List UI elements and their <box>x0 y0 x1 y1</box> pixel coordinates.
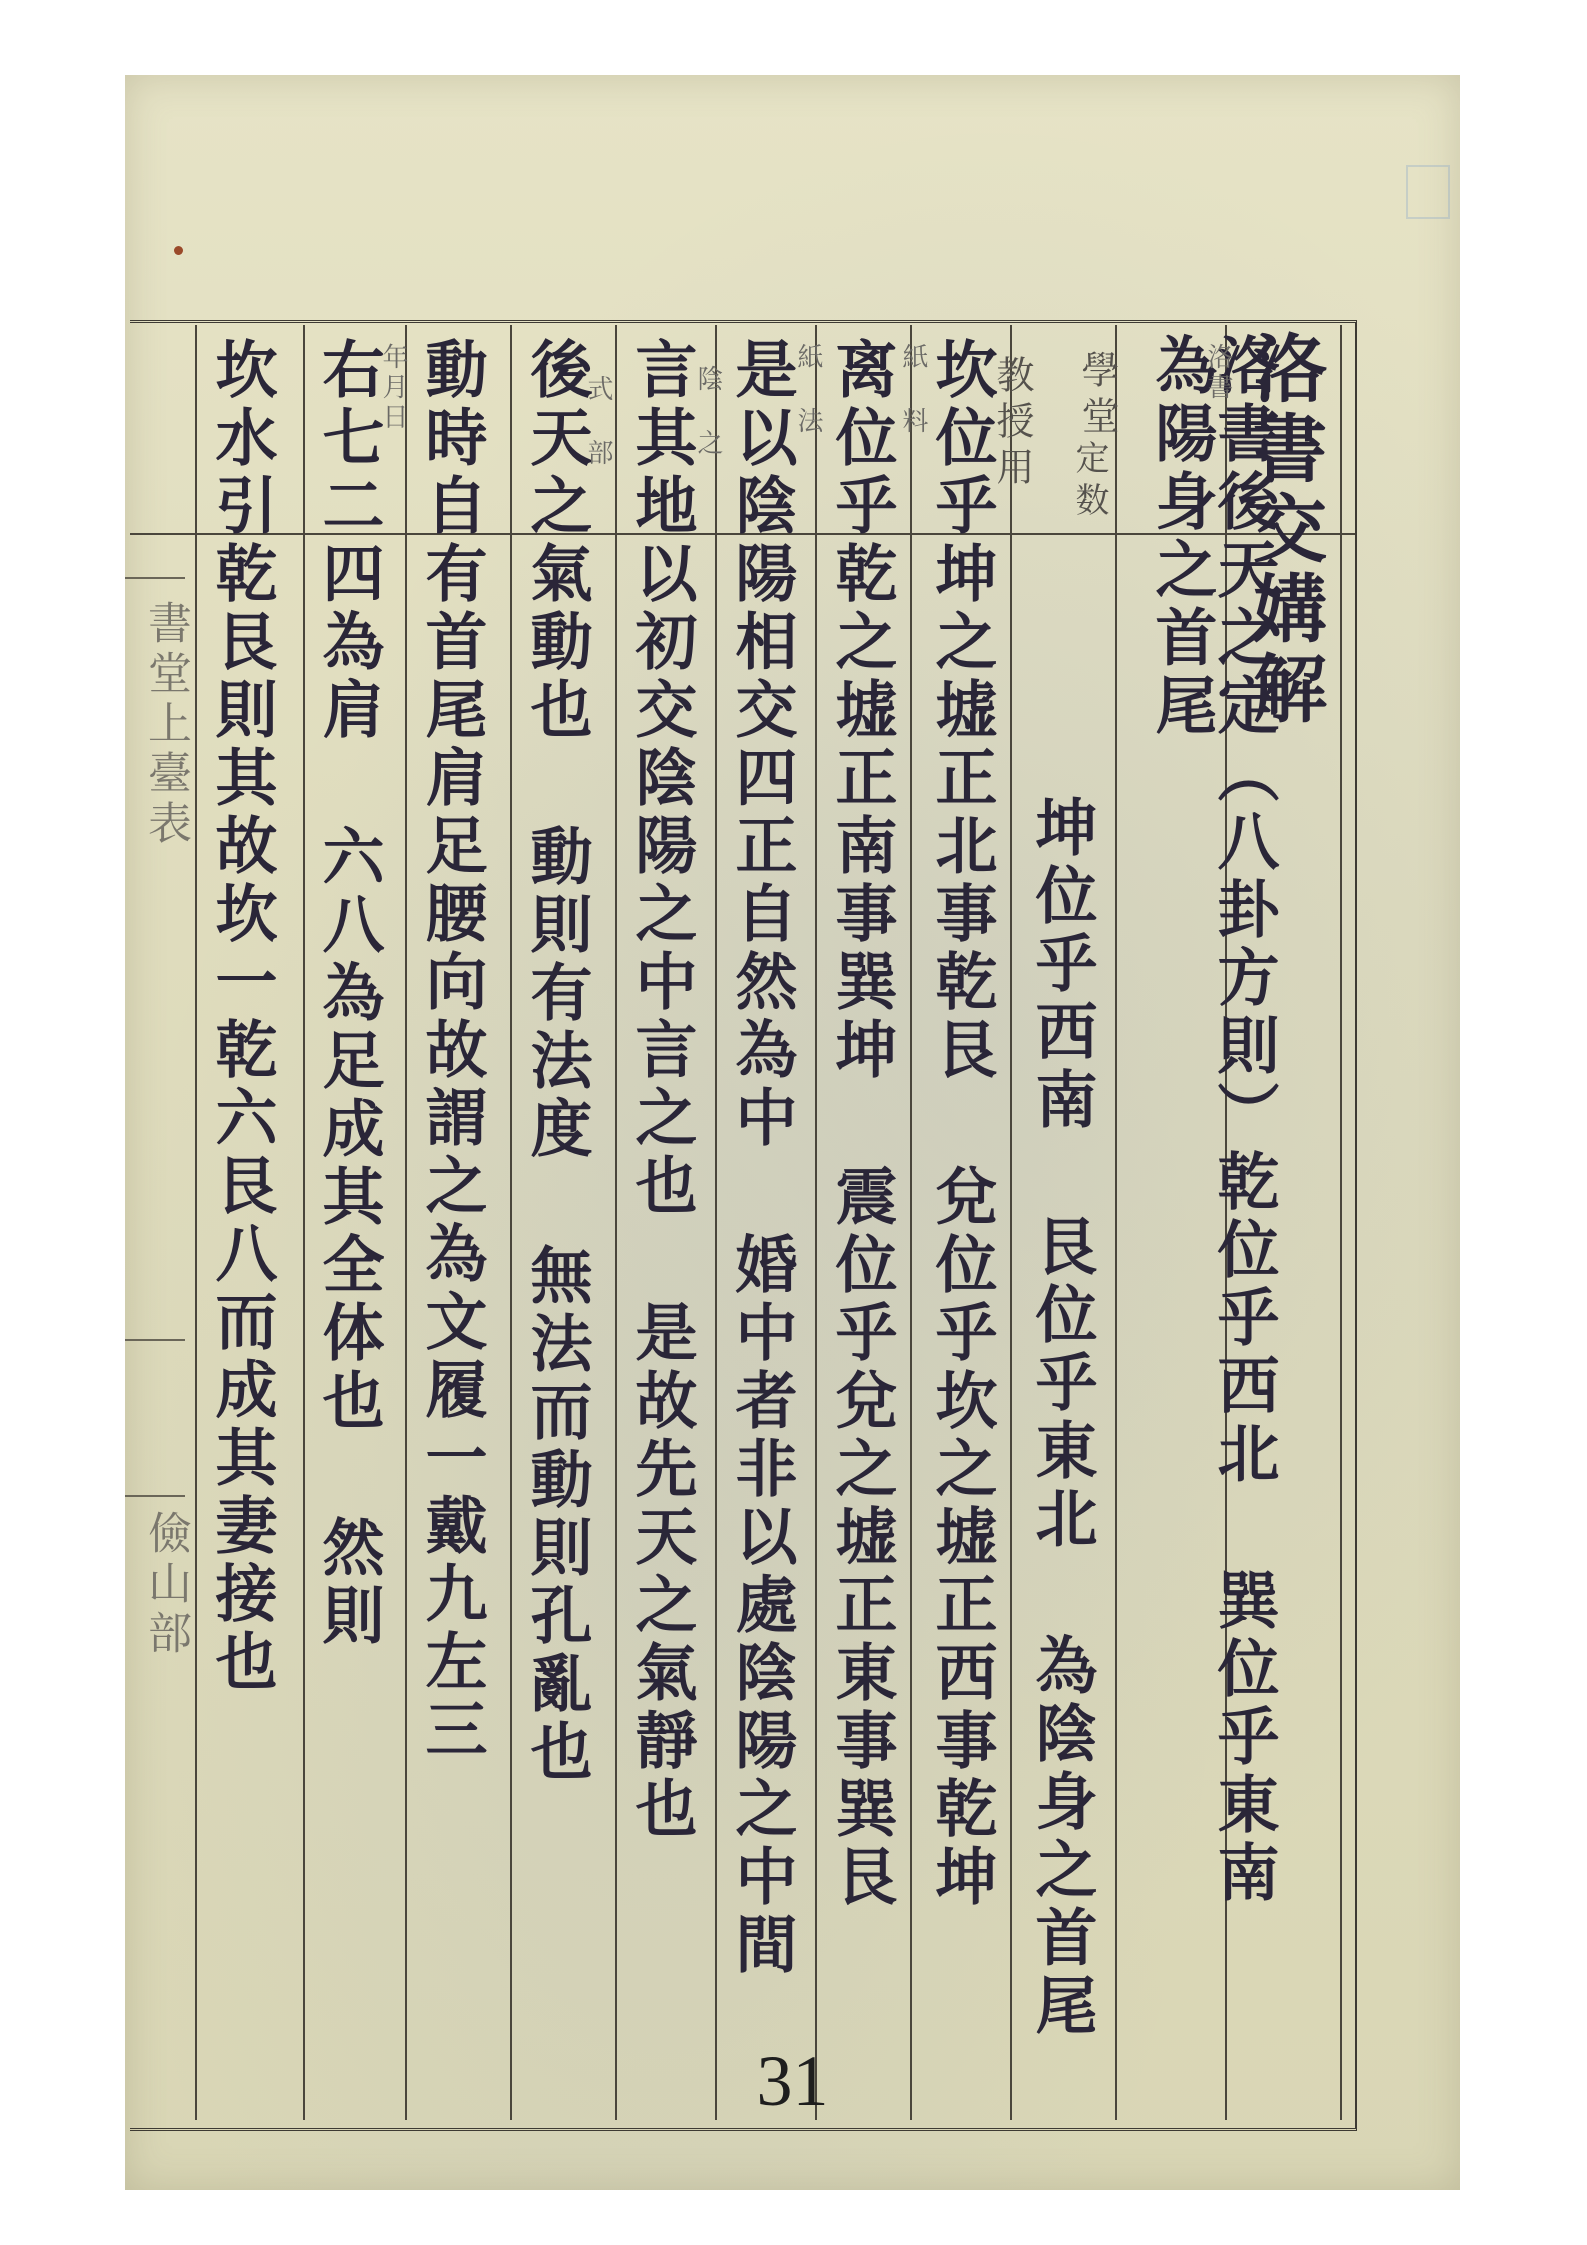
column-rule <box>1340 325 1342 2120</box>
page-number: 31 <box>125 2040 1460 2123</box>
text-column: 坎位乎坤之墟正北事乾艮 兌位乎坎之墟正西事乾坤 <box>930 337 992 2097</box>
gloss-text: 紙 料 <box>895 343 932 437</box>
ink-spot <box>174 246 183 255</box>
header-label-school: 學堂 <box>1070 350 1125 442</box>
text-column: 後天之氣動也 動則有法度 無法而動則孔亂也 <box>525 337 587 1937</box>
corner-stamp-mark <box>1406 165 1450 219</box>
column-rule <box>815 325 817 2120</box>
gloss-text: 年月日 <box>375 343 412 433</box>
margin-seal-lower: 儉山部 <box>133 1510 197 1660</box>
column-rule <box>910 325 912 2120</box>
column-rule <box>510 325 512 2120</box>
column-rule <box>1010 325 1012 2120</box>
column-rule <box>1115 325 1117 2120</box>
gloss-text: 紙 法 <box>790 343 827 437</box>
gloss-text: 洛書 <box>1200 343 1237 403</box>
column-rule <box>195 325 197 2120</box>
gloss-text: 陰 之 <box>690 365 727 459</box>
text-column: 洛書後天之定（八卦方則）乾位乎西北 巽位乎東南 為陽身之首尾 <box>1150 333 1274 2053</box>
text-column: 右七二四為肩 六八為足成其全体也 然則 <box>317 337 379 1897</box>
gloss-text: 式 部 <box>580 375 617 469</box>
text-column: 言其地以初交陰陽之中言之也 是故先天之氣靜也 <box>630 337 692 1937</box>
text-column: 坎水引乾艮則其故坎一乾六艮八而成其妻接也 <box>210 337 272 1837</box>
column-rule <box>303 325 305 2120</box>
margin-seal-upper: 書堂上臺表 <box>133 600 197 850</box>
text-column: 坤位乎西南 艮位乎東北 為陰身之首尾 <box>1030 795 1092 2095</box>
column-rule <box>405 325 407 2120</box>
manuscript-page: 學堂 定数 教授用 洛書交媾解 洛書後天之定（八卦方則）乾位乎西北 巽位乎東南 … <box>125 75 1460 2190</box>
column-rule <box>715 325 717 2120</box>
text-column: 動時自有首尾肩足腰向故謂之為文履一戴九左三 <box>420 337 482 2097</box>
text-column: 离位乎乾之墟正南事巽坤 震位乎兌之墟正東事巽艮 <box>830 337 892 2097</box>
text-column: 是以陰陽相交四正自然為中 婚中者非以處陰陽之中間 <box>730 337 792 2097</box>
column-rule <box>615 325 617 2120</box>
header-label-fixed-number: 定数 <box>1065 440 1114 524</box>
